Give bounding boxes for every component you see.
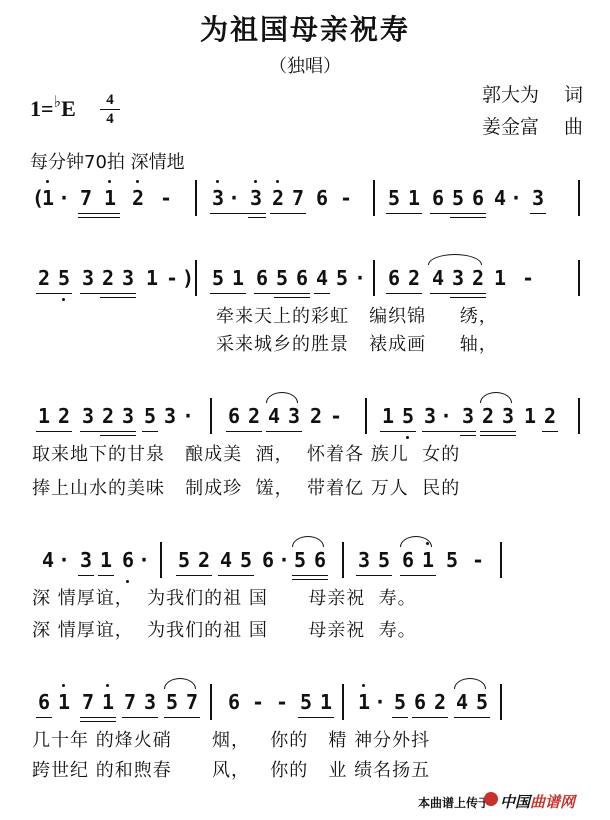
slur [454,678,486,689]
note: 3 [162,404,178,428]
note: 3 [286,404,302,428]
barline [500,542,502,578]
note: 3 [356,548,372,572]
note: 2 [100,404,116,428]
lyric-line-2: 采来城乡的胜景 裱成画 轴， [216,330,498,356]
note: 1 [230,266,246,290]
barline [342,542,344,578]
score-row-3: 1 2 3 2 3 5 3 · 6 2 4 3 2 - 1 5 3 · 3 2 … [30,404,590,444]
note: 5 [386,186,402,210]
note: 2 [36,266,52,290]
note: 6 [470,186,486,210]
site-logo-icon [484,792,498,806]
note: 4 [314,266,330,290]
note: 6 [412,690,428,714]
note: 1 [318,690,334,714]
lyric-line-1: 牵来天上的彩虹 编织锦 绣， [216,302,498,328]
note: 2 [270,186,286,210]
note: 6 [226,404,242,428]
note: - [338,186,354,210]
lyric-line-2: 深 情厚谊， 为我们的祖 国 母亲祝 寿。 [32,616,417,642]
barline [578,398,580,434]
lyricist-credit: 郭大为词 [482,80,539,107]
note: 5 [298,690,314,714]
barline [373,180,375,216]
lyric-line-2: 跨世纪 的和煦春 风， 你的 业 绩名扬五 [32,756,430,782]
barline [578,260,580,296]
score-row-2: 2 5 3 2 3 1 - ) 5 1 6 5 6 4 5 · 6 2 4 3 … [30,266,590,306]
note: 4 [454,690,470,714]
note: · [372,690,388,714]
note: 2 [308,404,324,428]
note: 4 [218,548,234,572]
lyric-line-1: 取来地下的甘泉 酿成美 酒， 怀着各 族儿 女的 [32,440,460,466]
note: 2 [470,266,486,290]
subtitle: （独唱） [0,52,610,78]
note: 5 [444,548,460,572]
note: 5 [164,690,180,714]
note: 6 [226,690,242,714]
note: 5 [176,548,192,572]
note: 5 [142,404,158,428]
key-prefix: 1= [30,96,54,121]
lyricist-role: 词 [564,80,583,107]
note: 1 [98,548,114,572]
note: 3 [422,404,438,428]
note: 2 [100,266,116,290]
note: 6 [260,548,276,572]
score-row-4: 4 · 3 1 6 · 5 2 4 5 6 · 5 6 3 5 6 1 5 - [30,548,590,588]
barline [210,684,212,720]
note: 3 [120,266,136,290]
score-row-5: 6 1 7 1 7 3 5 7 6 - - 5 1 1 · 5 6 2 4 5 [30,690,590,730]
note: 2 [56,404,72,428]
note: 7 [78,186,94,210]
note: 4 [430,266,446,290]
tempo-marking: 每分钟70拍 深情地 [30,148,185,174]
note: 2 [406,266,422,290]
note: · [276,548,292,572]
barline [210,398,212,434]
score-row-1: ( 1 · 7 1 2 - 3 · 3 2 7 6 - 5 1 6 5 6 4 … [30,186,590,226]
note: 5 [292,548,308,572]
note: 5 [450,186,466,210]
note: 1 [56,690,72,714]
note: 5 [274,266,290,290]
note: 2 [130,186,146,210]
note: 6 [400,548,416,572]
note: 6 [430,186,446,210]
note: 5 [210,266,226,290]
note: 1 [144,266,160,290]
note: ) [180,266,196,290]
note: - [158,186,174,210]
brand-cn: 中国 [500,793,530,811]
barline [578,180,580,216]
note: 7 [184,690,200,714]
composer-name: 姜金富 [482,116,539,138]
note: · [56,548,72,572]
brand-red: 曲谱网 [530,793,575,811]
note: - [520,266,536,290]
note: 3 [460,404,476,428]
note: 3 [142,690,158,714]
note: 6 [120,548,136,572]
barline [365,398,367,434]
lyric-line-1: 几十年 的烽火硝 烟， 你的 精 神分外抖 [32,726,430,752]
note: 2 [432,690,448,714]
note: 4 [40,548,56,572]
note: 1 [420,548,436,572]
note: 4 [492,186,508,210]
note: 2 [196,548,212,572]
note: 3 [210,186,226,210]
upload-notice: 本曲谱上传于 [418,794,490,811]
note: · [508,186,524,210]
note: · [180,404,196,428]
note: 1 [380,404,396,428]
time-top: 4 [100,92,120,108]
slur [292,536,324,547]
composer-role: 曲 [564,112,583,139]
note: 5 [334,266,350,290]
note: 3 [80,266,96,290]
note: - [164,266,180,290]
lyricist-name: 郭大为 [482,84,539,106]
slur [428,254,482,265]
note: - [250,690,266,714]
note: 4 [266,404,282,428]
note: 1 [36,404,52,428]
barline [195,180,197,216]
note: 6 [36,690,52,714]
note: - [328,404,344,428]
note: 2 [542,404,558,428]
note: 3 [80,404,96,428]
note: 7 [80,690,96,714]
time-signature: 44 [100,92,120,127]
note: 1 [102,186,118,210]
note: 6 [254,266,270,290]
note: 3 [450,266,466,290]
note: 6 [294,266,310,290]
note: · [136,548,152,572]
barline [160,542,162,578]
note: 5 [238,548,254,572]
key-signature: 1=♭E [30,96,76,122]
composer-credit: 姜金富曲 [482,112,539,139]
note: 2 [246,404,262,428]
note: - [470,548,486,572]
site-brand[interactable]: 中国曲谱网 [500,791,575,812]
lyric-line-1: 深 情厚谊， 为我们的祖 国 母亲祝 寿。 [32,584,417,610]
note: 7 [122,690,138,714]
note: 6 [386,266,402,290]
note: 1 [356,690,372,714]
note: 3 [120,404,136,428]
note: 3 [500,404,516,428]
note: 7 [290,186,306,210]
note: 2 [480,404,496,428]
page-title: 为祖国母亲祝寿 [0,8,610,48]
barline [195,260,197,296]
note: 1 [522,404,538,428]
note: 3 [78,548,94,572]
note: 5 [376,548,392,572]
barline [342,684,344,720]
note: 3 [248,186,264,210]
slur [164,678,196,689]
note: 6 [314,186,330,210]
key-letter: E [61,96,76,121]
time-bottom: 4 [100,111,120,127]
note: · [352,266,368,290]
note: 1 [406,186,422,210]
note: · [56,186,72,210]
note: 5 [56,266,72,290]
flat-icon: ♭ [54,94,62,111]
barline [373,260,375,296]
note: 1 [492,266,508,290]
note: 5 [400,404,416,428]
slur [266,392,298,403]
note: 1 [100,690,116,714]
note: - [274,690,290,714]
barline [500,684,502,720]
note: 3 [530,186,546,210]
note: · [226,186,242,210]
note: 5 [392,690,408,714]
note: 1 [40,186,56,210]
lyric-line-2: 捧上山水的美味 制成珍 馐， 带着亿 万人 民的 [32,474,460,500]
slur [480,392,512,403]
note: · [438,404,454,428]
note: 5 [474,690,490,714]
note: 6 [312,548,328,572]
